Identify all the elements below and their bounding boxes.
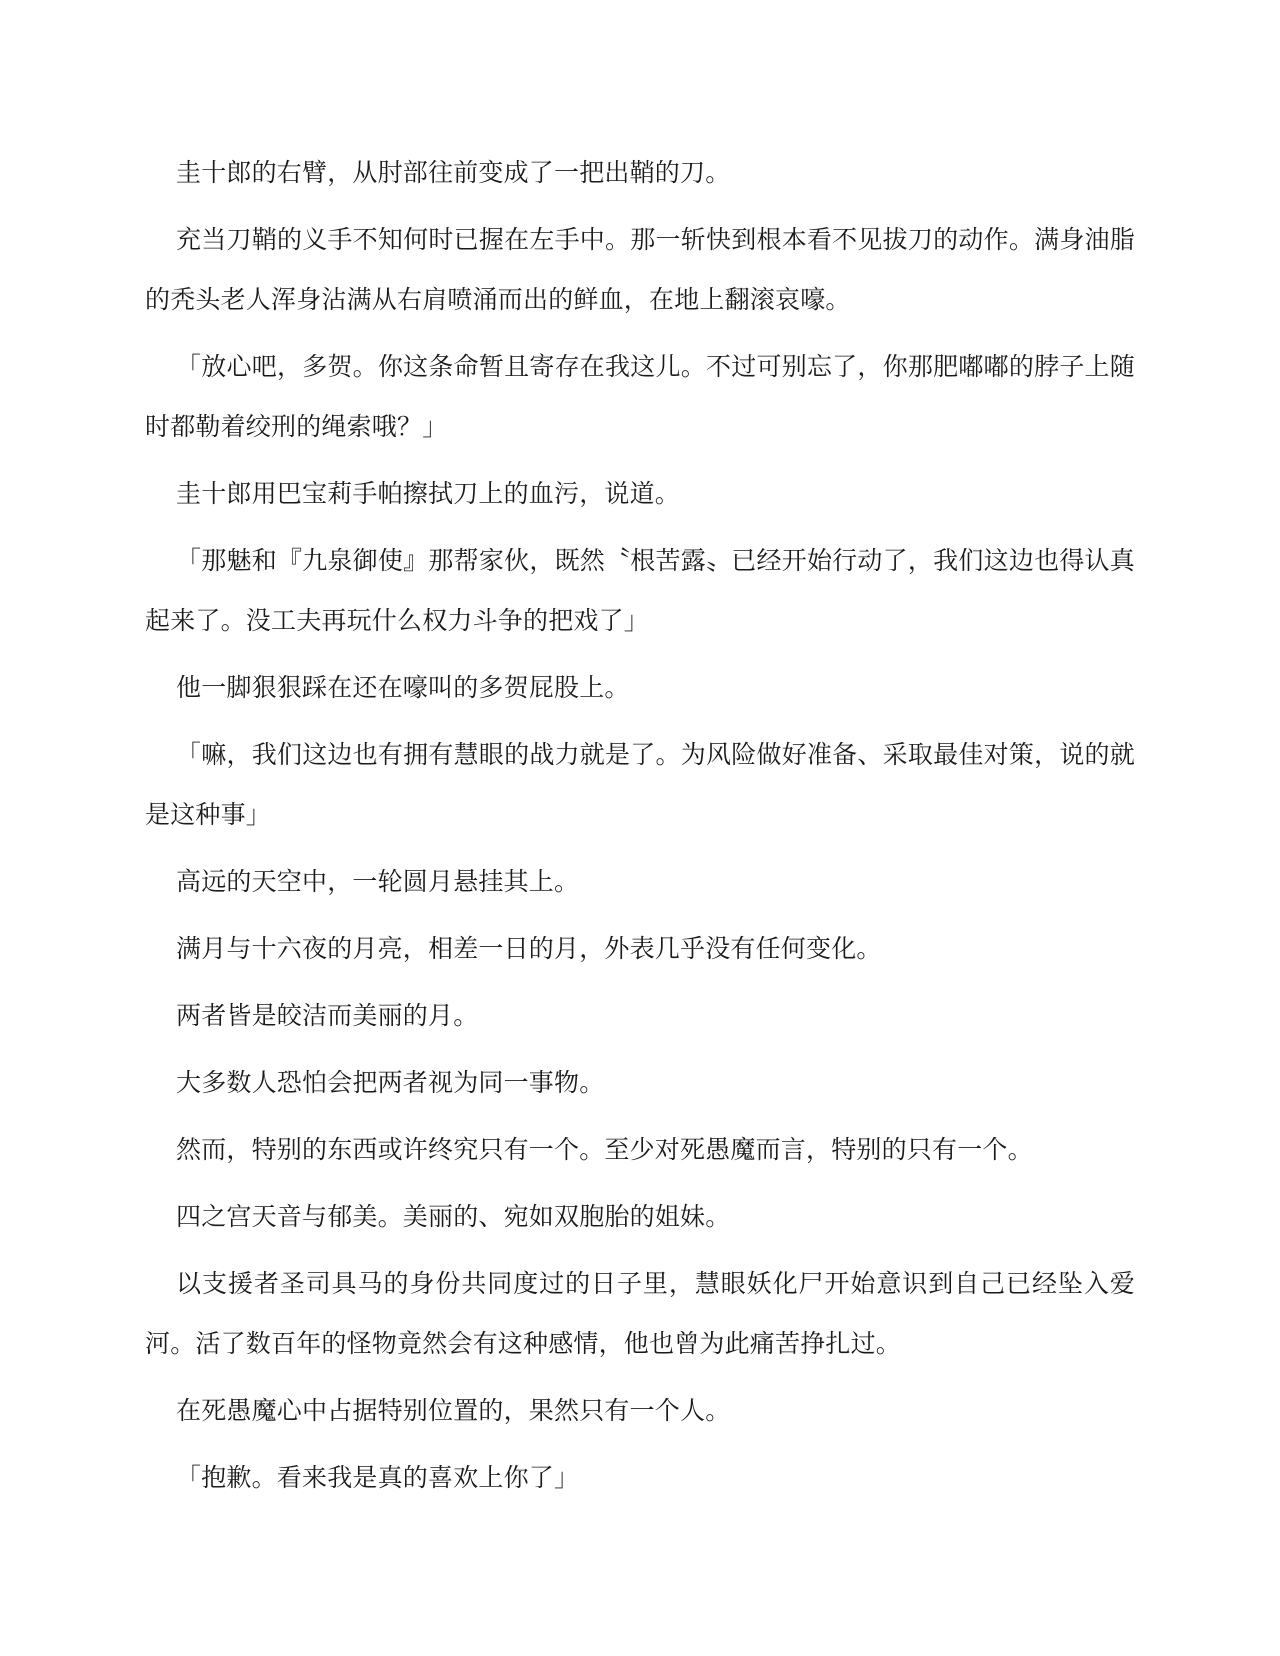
paragraph: 「放心吧，多贺。你这条命暂且寄存在我这儿。不过可别忘了，你那肥嘟嘟的脖子上随时都…	[145, 337, 1135, 457]
paragraph: 四之宫天音与郁美。美丽的、宛如双胞胎的姐妹。	[145, 1187, 1135, 1247]
paragraph: 满月与十六夜的月亮，相差一日的月，外表几乎没有任何变化。	[145, 919, 1135, 979]
paragraph: 两者皆是皎洁而美丽的月。	[145, 986, 1135, 1046]
paragraph: 然而，特别的东西或许终究只有一个。至少对死愚魔而言，特别的只有一个。	[145, 1120, 1135, 1180]
paragraph: 「抱歉。看来我是真的喜欢上你了」	[145, 1448, 1135, 1508]
paragraph: 圭十郎的右臂，从肘部往前变成了一把出鞘的刀。	[145, 143, 1135, 203]
paragraph: 他一脚狠狠踩在还在嚎叫的多贺屁股上。	[145, 658, 1135, 718]
paragraph: 在死愚魔心中占据特别位置的，果然只有一个人。	[145, 1381, 1135, 1441]
novel-page: 圭十郎的右臂，从肘部往前变成了一把出鞘的刀。 充当刀鞘的义手不知何时已握在左手中…	[0, 0, 1280, 1656]
paragraph: 充当刀鞘的义手不知何时已握在左手中。那一斩快到根本看不见拔刀的动作。满身油脂的秃…	[145, 210, 1135, 330]
paragraph: 「那魅和『九泉御使』那帮家伙，既然〝根苦露〟已经开始行动了，我们这边也得认真起来…	[145, 531, 1135, 651]
paragraph: 以支援者圣司具马的身份共同度过的日子里，慧眼妖化尸开始意识到自己已经坠入爱河。活…	[145, 1254, 1135, 1374]
paragraph: 圭十郎用巴宝莉手帕擦拭刀上的血污，说道。	[145, 464, 1135, 524]
novel-text-content: 圭十郎的右臂，从肘部往前变成了一把出鞘的刀。 充当刀鞘的义手不知何时已握在左手中…	[0, 0, 1280, 1508]
paragraph: 高远的天空中，一轮圆月悬挂其上。	[145, 852, 1135, 912]
paragraph: 大多数人恐怕会把两者视为同一事物。	[145, 1053, 1135, 1113]
paragraph: 「嘛，我们这边也有拥有慧眼的战力就是了。为风险做好准备、采取最佳对策，说的就是这…	[145, 725, 1135, 845]
